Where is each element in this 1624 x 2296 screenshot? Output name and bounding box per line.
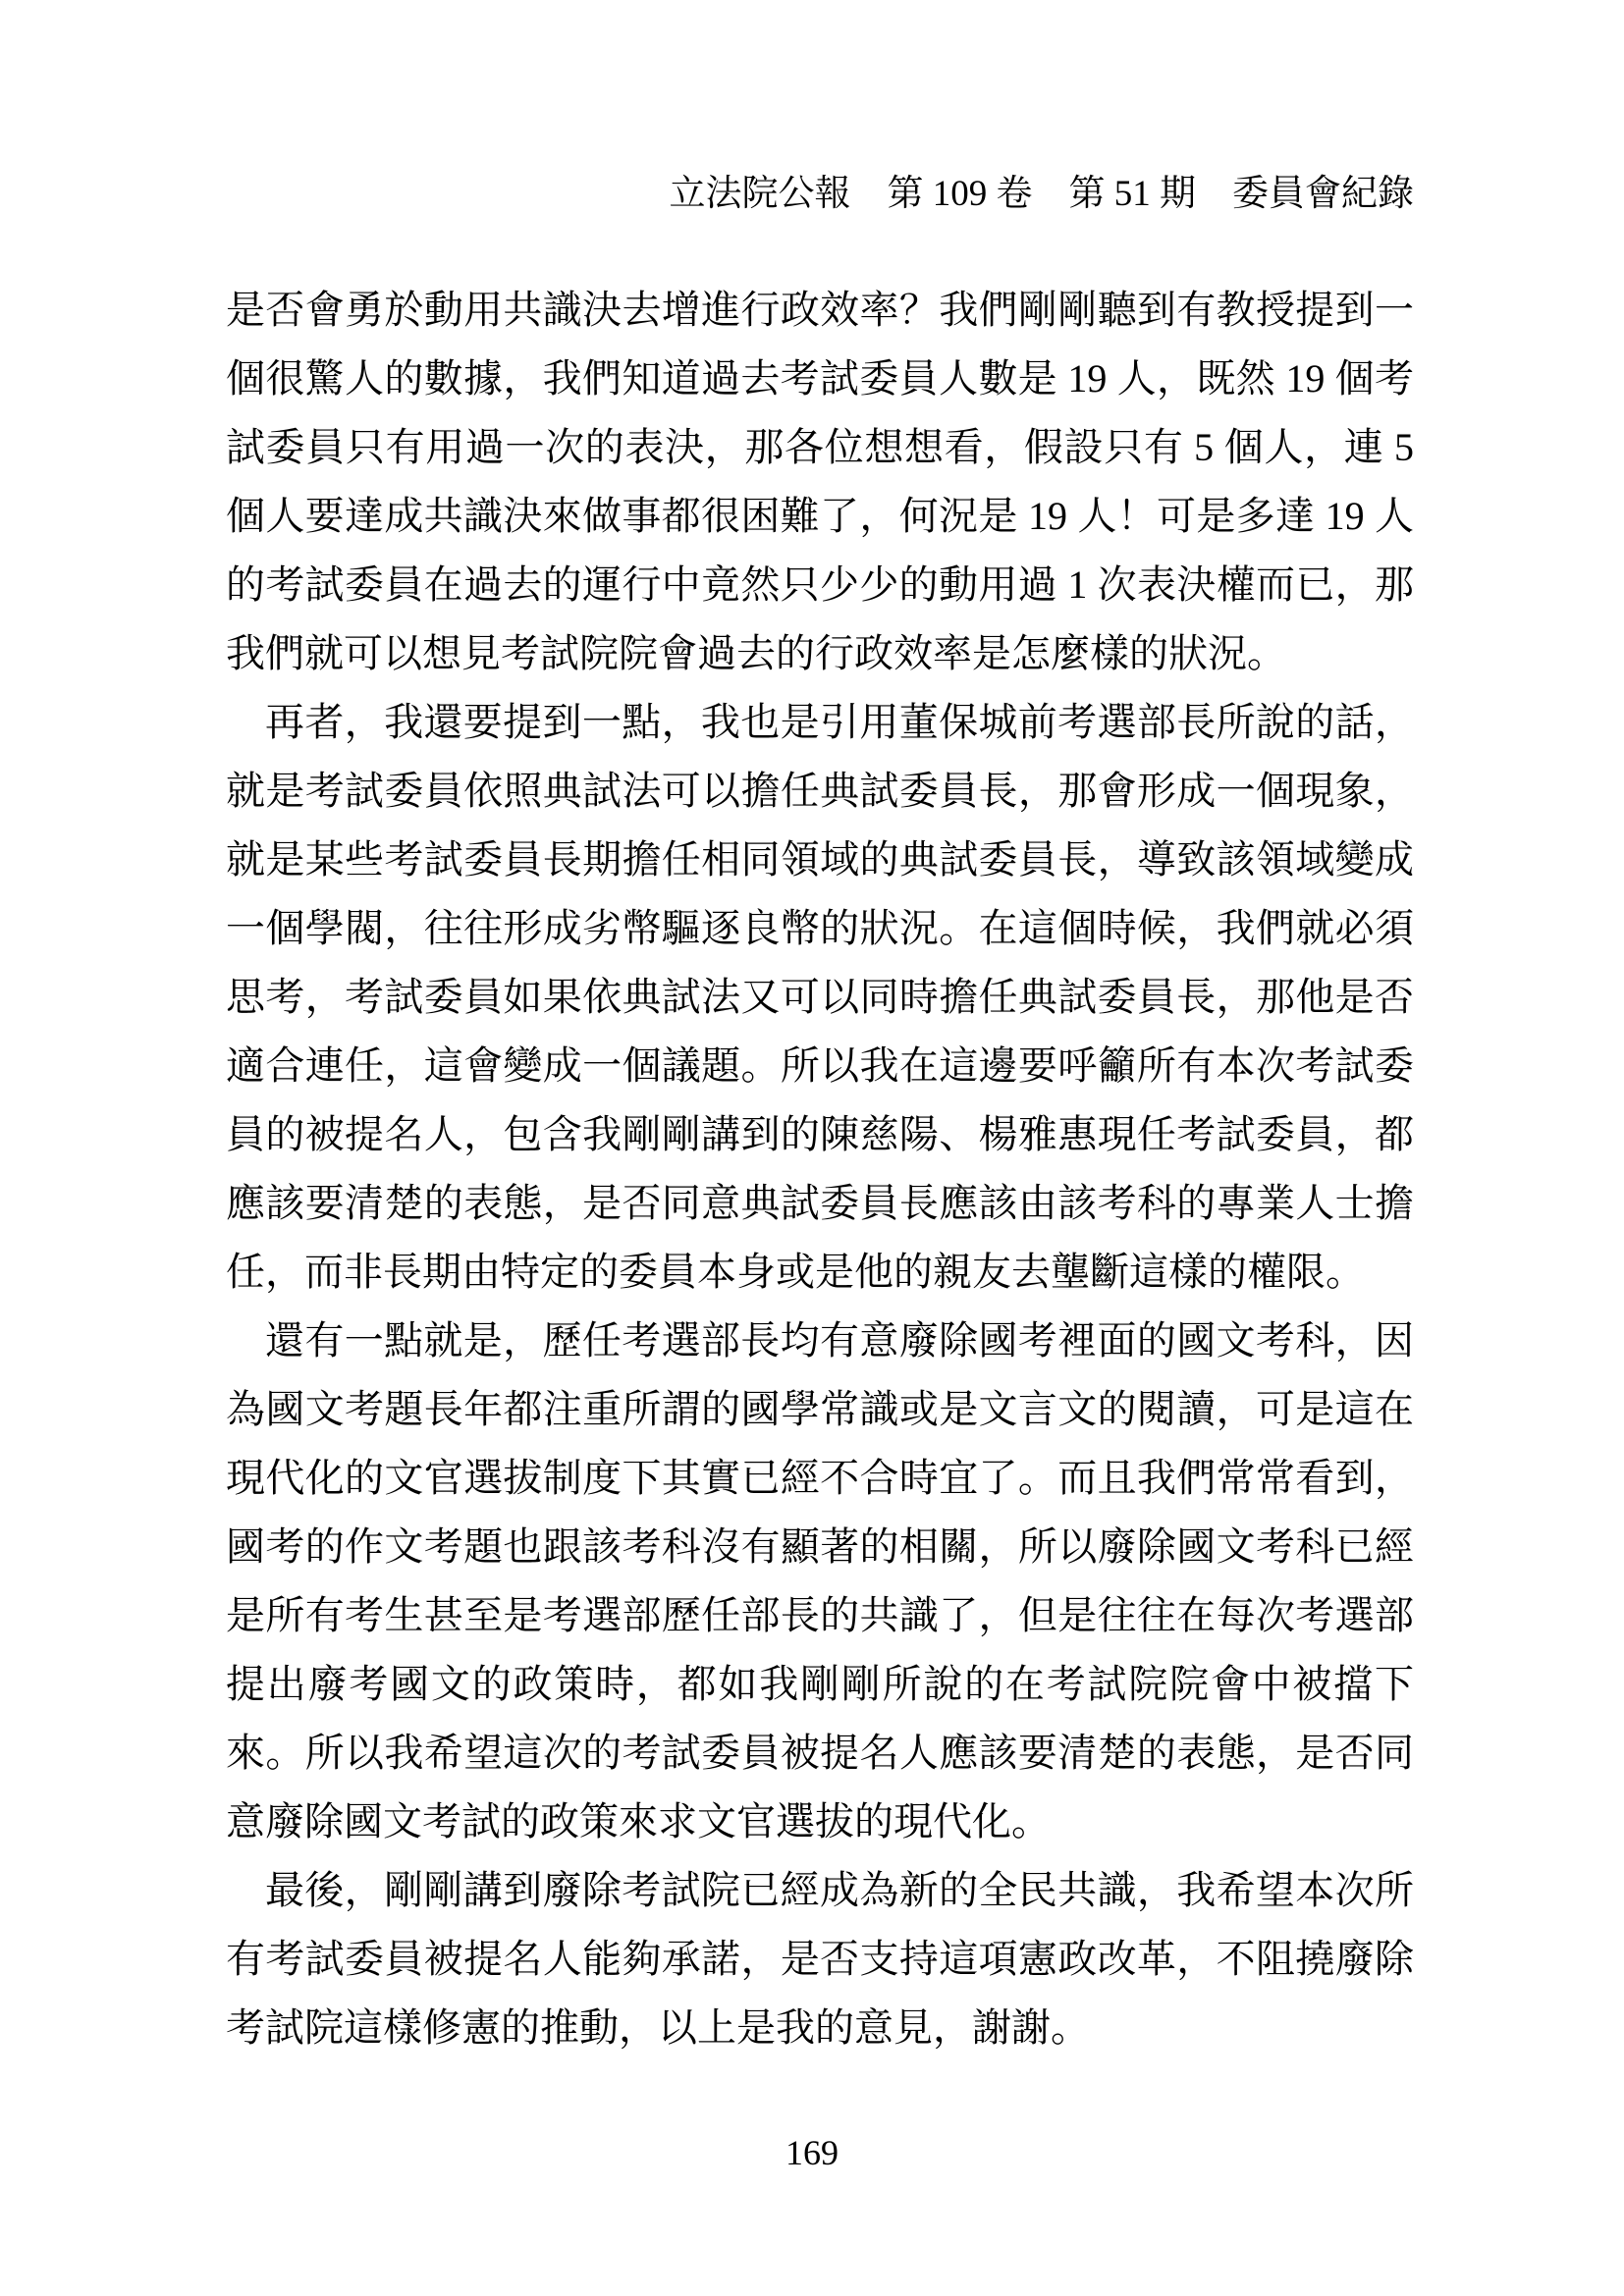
document-body: 是否會勇於動用共識決去增進行政效率？我們剛剛聽到有教授提到一個很驚人的數據，我們… <box>226 276 1414 2062</box>
body-paragraph: 再者，我還要提到一點，我也是引用董保城前考選部長所說的話，就是考試委員依照典試法… <box>226 688 1414 1307</box>
page-header: 立法院公報 第 109 卷 第 51 期 委員會紀錄 <box>226 175 1414 214</box>
body-paragraph: 最後，剛剛講到廢除考試院已經成為新的全民共識，我希望本次所有考試委員被提名人能夠… <box>226 1856 1414 2062</box>
body-paragraph: 是否會勇於動用共識決去增進行政效率？我們剛剛聽到有教授提到一個很驚人的數據，我們… <box>226 276 1414 688</box>
gazette-page: 立法院公報 第 109 卷 第 51 期 委員會紀錄 是否會勇於動用共識決去增進… <box>0 0 1624 2296</box>
page-number: 169 <box>0 2132 1624 2173</box>
body-paragraph: 還有一點就是，歷任考選部長均有意廢除國考裡面的國文考科，因為國文考題長年都注重所… <box>226 1307 1414 1856</box>
